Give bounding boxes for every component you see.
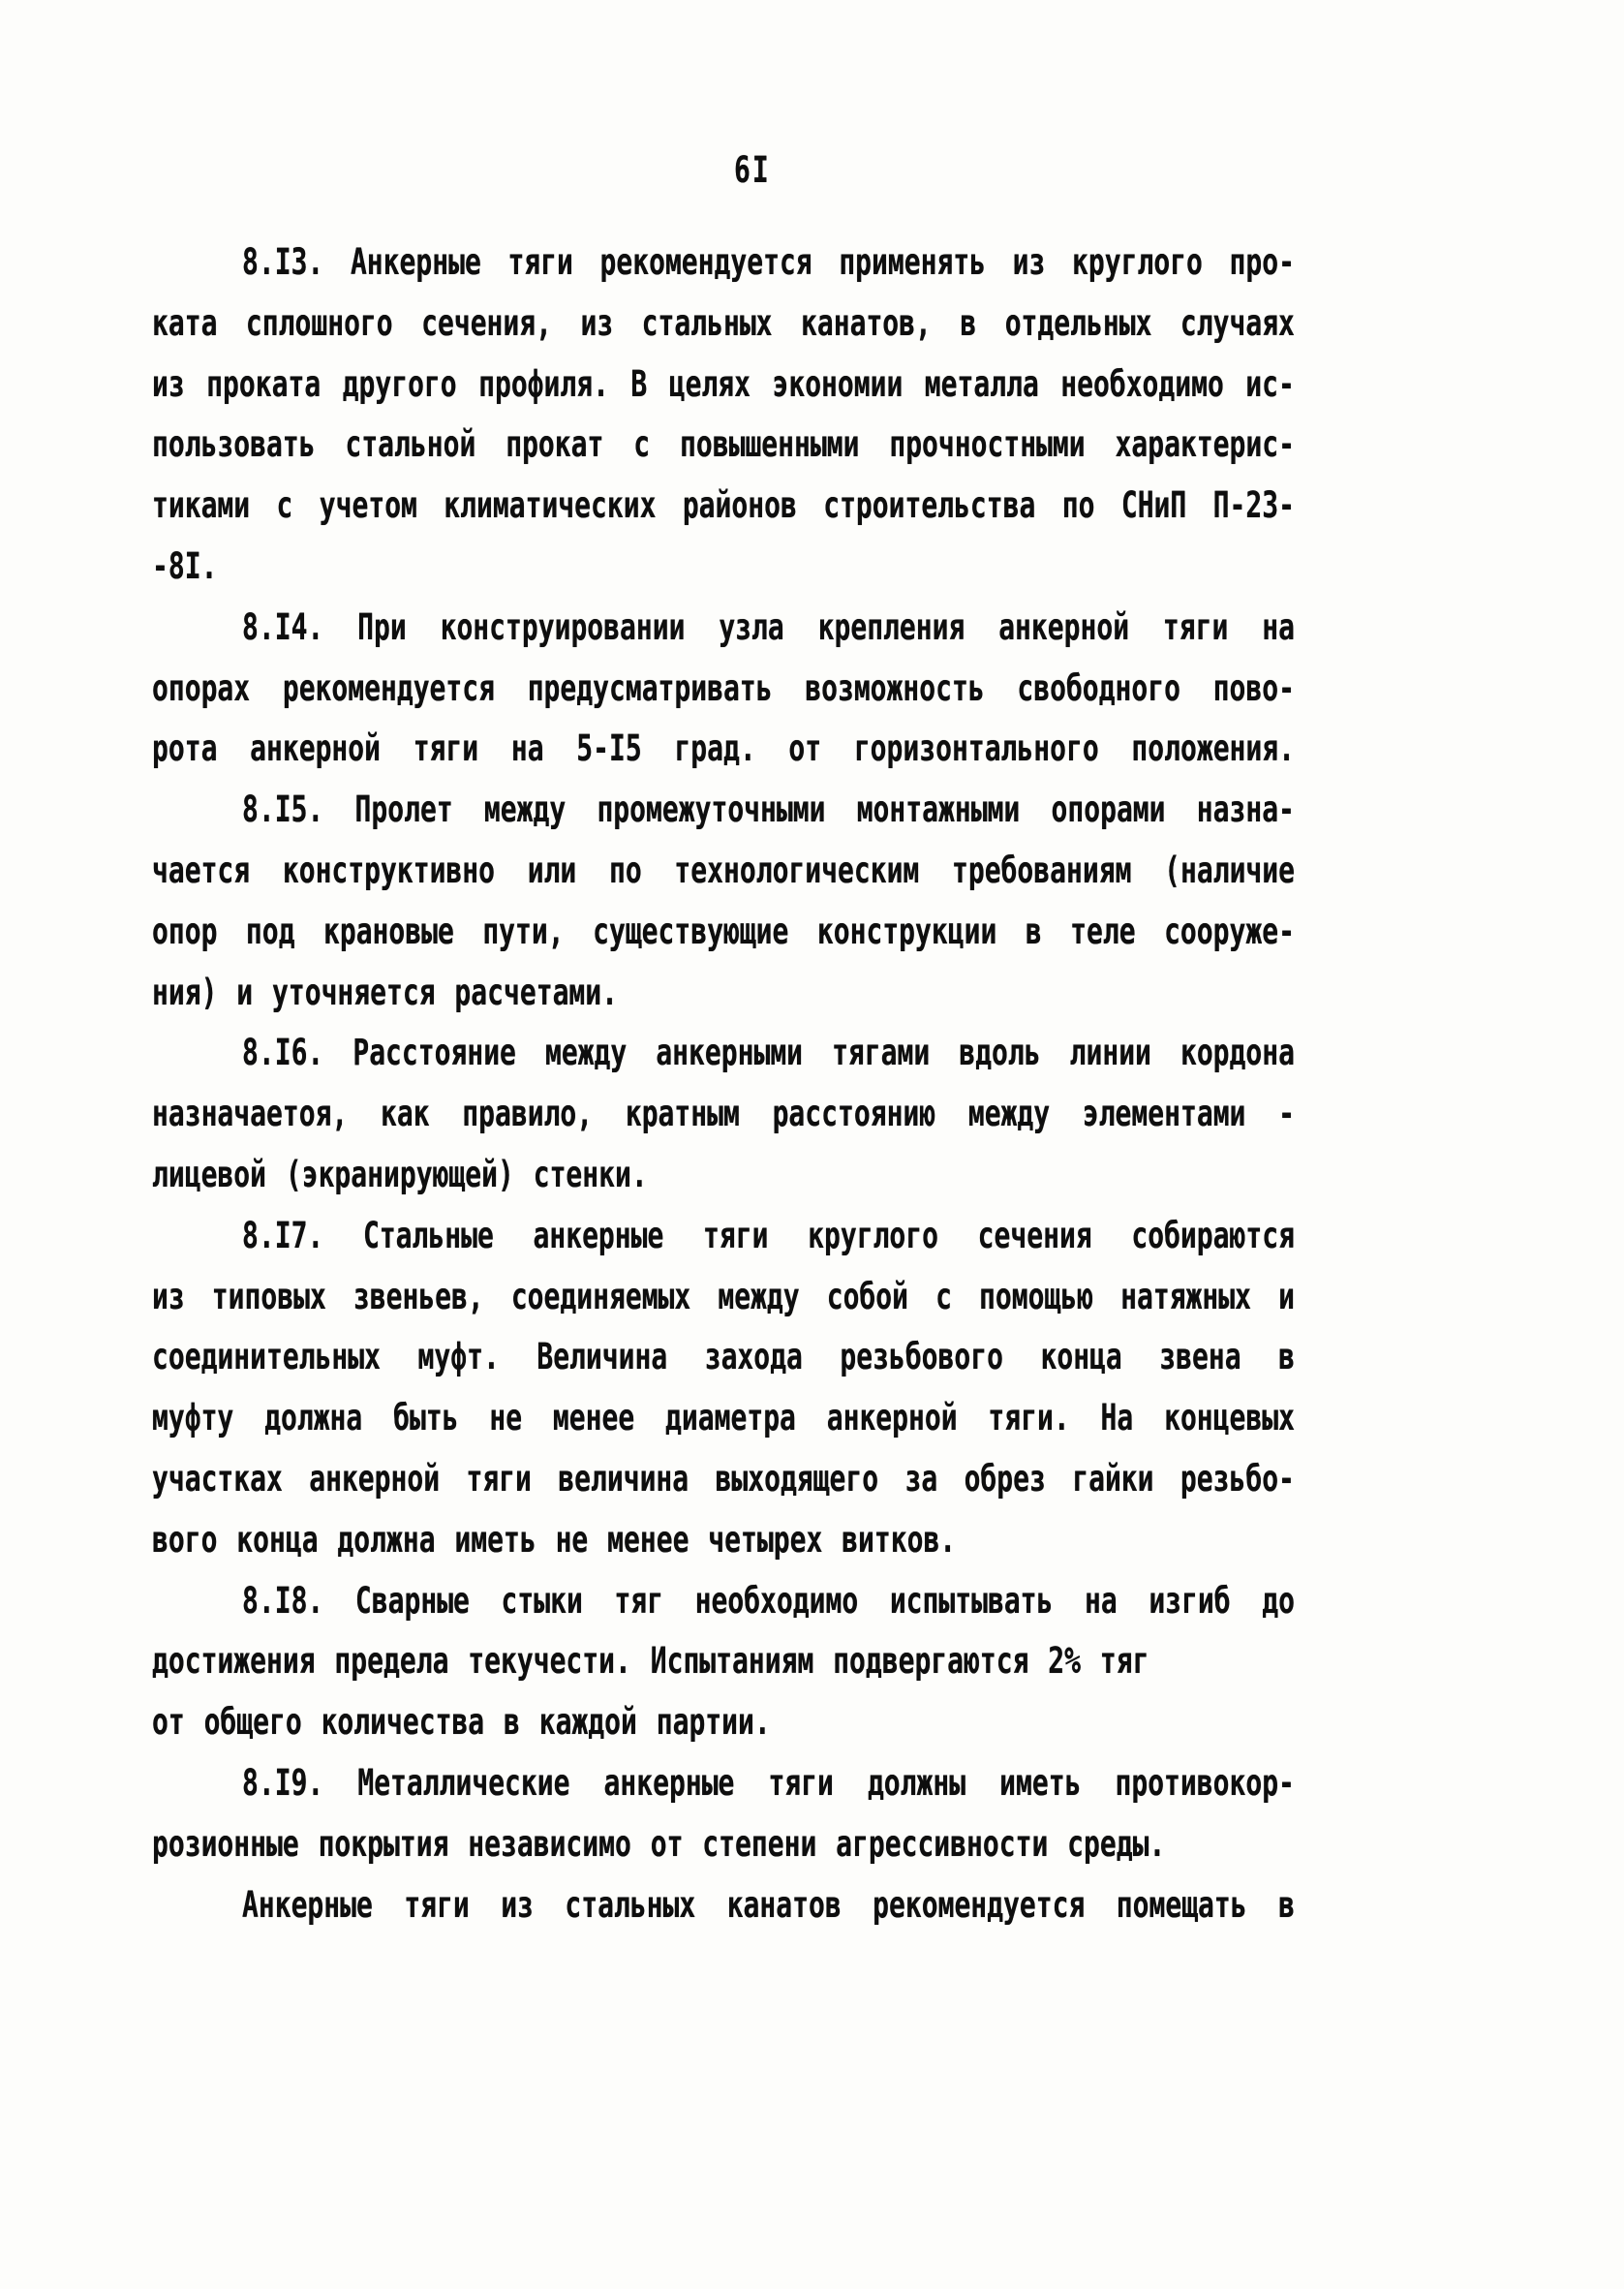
- text-block: 8.I3.Анкерныетягирекомендуетсяприменятьи…: [152, 232, 1295, 1935]
- document-page: 6I 8.I3.Анкерныетягирекомендуетсяприменя…: [0, 0, 1624, 2289]
- word: помещать: [1117, 1865, 1247, 1945]
- word: тяги: [404, 1865, 469, 1945]
- text-line: Анкерныетягиизстальныхканатоврекомендует…: [152, 1865, 1295, 1945]
- word: канатов: [727, 1865, 842, 1945]
- word: в: [1278, 1865, 1295, 1945]
- word: из: [501, 1865, 534, 1945]
- word: стальных: [565, 1865, 695, 1945]
- word: рекомендуется: [873, 1865, 1085, 1945]
- page-number: 6I: [734, 130, 771, 210]
- word: Анкерные: [242, 1865, 373, 1945]
